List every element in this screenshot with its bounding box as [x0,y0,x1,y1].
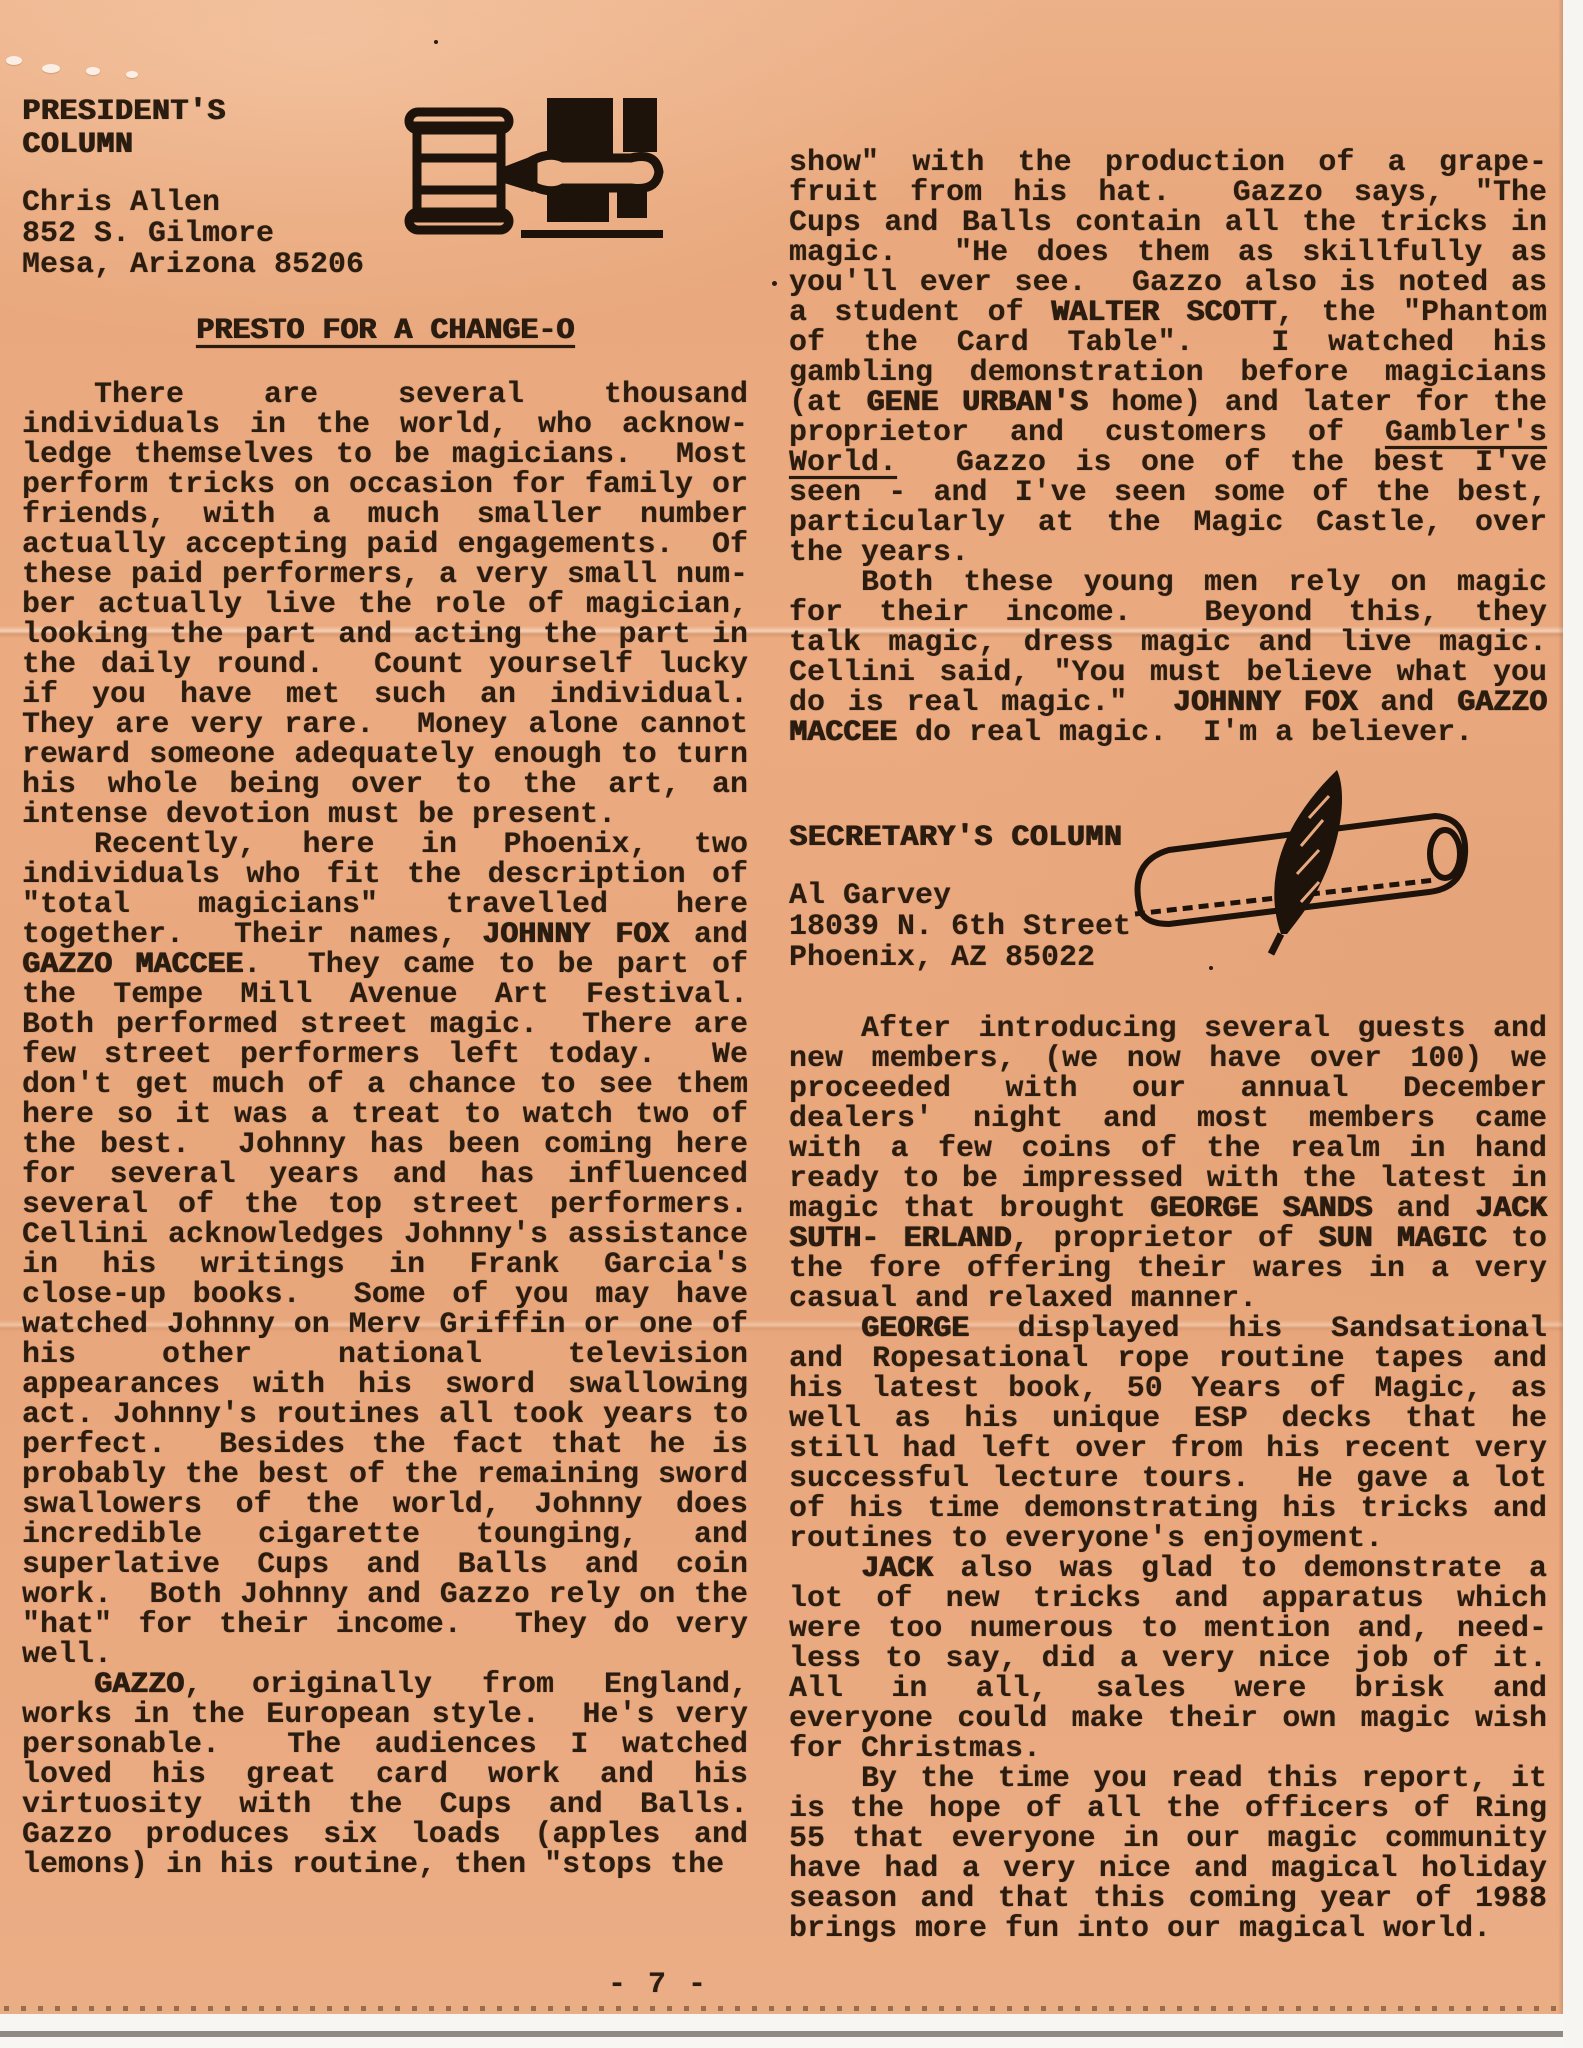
bold-text: GAZZO MACCEE [22,948,243,982]
paper-blemish [126,71,138,78]
text-line: SUTH- ERLAND, proprietor of SUN MAGIC to [789,1224,1547,1254]
text-line: Both performed street magic. There are [22,1010,748,1040]
bold-text: GENE URBAN'S [866,386,1087,420]
text-line: were too numerous to mention and, need- [789,1614,1547,1644]
scanner-shadow-line [0,2031,1583,2037]
bold-text: JACK [1475,1192,1547,1226]
text-line: successful lecture tours. He gave a lot [789,1464,1547,1494]
bold-text: WALTER SCOTT [1051,296,1276,330]
text-line: individuals who fit the description of [22,860,748,890]
paragraph: GAZZO, originally from England,works in … [22,1670,748,1880]
text-line: ber actually live the role of magician, [22,590,748,620]
bold-text: JOHNNY FOX [482,918,669,952]
text-line: together. Their names, JOHNNY FOX and [22,920,748,950]
text-line: (at GENE URBAN'S home) and later for the [789,388,1547,418]
text-line: these paid performers, a very small num- [22,560,748,590]
bold-text: MACCEE [789,716,897,750]
text-line: World. Gazzo is one of the best I've [789,448,1547,478]
text-line: the years. [789,538,1547,568]
text-line: act. Johnny's routines all took years to [22,1400,748,1430]
text-line: the daily round. Count yourself lucky [22,650,748,680]
text-line: his whole being over to the art, an [22,770,748,800]
text-line: reward someone adequately enough to turn [22,740,748,770]
text-line: for Christmas. [789,1734,1547,1764]
paragraph: show" with the production of a grape-fru… [789,148,1547,568]
text-line: seen - and I've seen some of the best, [789,478,1547,508]
text-line: GEORGE displayed his Sandsational [789,1314,1547,1344]
text-line: superlative Cups and Balls and coin [22,1550,748,1580]
text-line: After introducing several guests and [789,1014,1547,1044]
section-heading: SECRETARY'S COLUMN [789,821,1122,855]
ink-speck [434,40,438,44]
text-line: All in all, sales were brisk and [789,1674,1547,1704]
bold-text: GAZZO [1457,686,1547,720]
text-line: gambling demonstration before magicians [789,358,1547,388]
text-line: perfect. Besides the fact that he is [22,1430,748,1460]
sounding-block-body [417,126,501,218]
author-line: Mesa, Arizona 85206 [22,250,748,281]
text-line: well as his unique ESP decks that he [789,1404,1547,1434]
text-line: in his writings in Frank Garcia's [22,1250,748,1280]
paragraph: By the time you read this report, itis t… [789,1764,1547,1944]
text-line: for their income. Beyond this, they [789,598,1547,628]
article-title: PRESTO FOR A CHANGE-O [196,315,574,348]
text-line: still had left over from his recent very [789,1434,1547,1464]
text-line: the best. Johnny has been coming here [22,1130,748,1160]
text-line: actually accepting paid engagements. Of [22,530,748,560]
text-line: ledge themselves to be magicians. Most [22,440,748,470]
bold-text: JOHNNY FOX [1173,686,1358,720]
quill-scroll-illustration [1105,762,1487,970]
text-line: GAZZO, originally from England, [22,1670,748,1700]
bold-text: GEORGE SANDS [1150,1192,1372,1226]
text-line: lot of new tricks and apparatus which [789,1584,1547,1614]
president-column-body: There are several thousandindividuals in… [22,380,748,1880]
text-line: is the hope of all the officers of Ring [789,1794,1547,1824]
text-line: season and that this coming year of 1988 [789,1884,1547,1914]
text-line: personable. The audiences I watched [22,1730,748,1760]
text-line: appearances with his sword swallowing [22,1370,748,1400]
text-line: of the Card Table". I watched his [789,328,1547,358]
perforated-edge [0,2006,1583,2011]
text-line: 55 that everyone in our magic community [789,1824,1547,1854]
bold-text: JACK [861,1552,933,1586]
paper-blemish [42,64,60,73]
paragraph: JACK also was glad to demonstrate alot o… [789,1554,1547,1764]
text-line: Gazzo produces six loads (apples and [22,1820,748,1850]
text-line: don't get much of a chance to see them [22,1070,748,1100]
text-line: if you have met such an individual. [22,680,748,710]
text-line: lemons) in his routine, then "stops the [22,1850,748,1880]
bold-text: GEORGE [861,1312,969,1346]
text-line: everyone could make their own magic wish [789,1704,1547,1734]
text-line: several of the top street performers. [22,1190,748,1220]
text-line: do is real magic." JOHNNY FOX and GAZZO [789,688,1547,718]
text-line: and Ropesational rope routine tapes and [789,1344,1547,1374]
quill-nib [1271,934,1281,954]
text-line: ready to be impressed with the latest in [789,1164,1547,1194]
underlined-text: Gambler's [1385,416,1547,450]
text-line: less to say, did a very nice job of it. [789,1644,1547,1674]
article-title-row: PRESTO FOR A CHANGE-O [22,315,748,348]
text-line: talk magic, dress magic and live magic. [789,628,1547,658]
secretary-column: show" with the production of a grape-fru… [789,148,1547,1944]
text-line: works in the European style. He's very [22,1700,748,1730]
text-line: new members, (we now have over 100) we [789,1044,1547,1074]
secretary-column-body: After introducing several guests andnew … [789,1014,1547,1944]
text-line: perform tricks on occasion for family or [22,470,748,500]
text-line: the Tempe Mill Avenue Art Festival. [22,980,748,1010]
text-line: They are very rare. Money alone cannot [22,710,748,740]
text-line: here so it was a treat to watch two of [22,1100,748,1130]
scroll-roll-end [1430,830,1460,878]
text-line: with a few coins of the realm in hand [789,1134,1547,1164]
bold-text: GAZZO [94,1668,184,1702]
text-line: intense devotion must be present. [22,800,748,830]
text-line: Cups and Balls contain all the tricks in [789,208,1547,238]
text-line: work. Both Johnny and Gazzo rely on the [22,1580,748,1610]
gavel-handle [503,155,659,191]
text-line: few street performers left today. We [22,1040,748,1070]
text-line: his other national television [22,1340,748,1370]
paragraph: Both these young men rely on magicfor th… [789,568,1547,748]
text-line: looking the part and acting the part in [22,620,748,650]
text-line: swallowers of the world, Johnny does [22,1490,748,1520]
bold-text: SUTH- ERLAND [789,1222,1011,1256]
text-line: particularly at the Magic Castle, over [789,508,1547,538]
scan-edge-right [1563,0,1583,2048]
text-line: well. [22,1640,748,1670]
text-line: magic that brought GEORGE SANDS and JACK [789,1194,1547,1224]
paragraph: There are several thousandindividuals in… [22,380,748,830]
text-line: proceeded with our annual December [789,1074,1547,1104]
paragraph: Recently, here in Phoenix, twoindividual… [22,830,748,1670]
text-line: routines to everyone's enjoyment. [789,1524,1547,1554]
text-line: proprietor and customers of Gambler's [789,418,1547,448]
gavel-illustration [395,92,667,240]
text-line: magic. "He does them as skillfully as [789,238,1547,268]
text-line: GAZZO MACCEE. They came to be part of [22,950,748,980]
text-line: individuals in the world, who acknow- [22,410,748,440]
text-line: Cellini said, "You must believe what you [789,658,1547,688]
president-column: PRESIDENT'SCOLUMN Chris Allen852 S. Gilm… [22,96,748,1880]
text-line: watched Johnny on Merv Griffin or one of [22,1310,748,1340]
text-line: There are several thousand [22,380,748,410]
text-line: a student of WALTER SCOTT, the "Phantom [789,298,1547,328]
text-line: friends, with a much smaller number [22,500,748,530]
president-column-continued: show" with the production of a grape-fru… [789,148,1547,748]
text-line: show" with the production of a grape- [789,148,1547,178]
text-line: dealers' night and most members came [789,1104,1547,1134]
text-line: Both these young men rely on magic [789,568,1547,598]
newsletter-page: PRESIDENT'SCOLUMN Chris Allen852 S. Gilm… [0,0,1583,2048]
text-line: of his time demonstrating his tricks and [789,1494,1547,1524]
text-line: "total magicians" travelled here [22,890,748,920]
text-line: virtuosity with the Cups and Balls. [22,1790,748,1820]
text-line: By the time you read this report, it [789,1764,1547,1794]
text-line: have had a very nice and magical holiday [789,1854,1547,1884]
text-line: brings more fun into our magical world. [789,1914,1547,1944]
text-line: the fore offering their wares in a very [789,1254,1547,1284]
text-line: "hat" for their income. They do very [22,1610,748,1640]
text-line: loved his great card work and his [22,1760,748,1790]
underlined-text: World. [789,446,897,480]
page-number: - 7 - [608,1968,708,2002]
text-line: Recently, here in Phoenix, two [22,830,748,860]
text-line: close-up books. Some of you may have [22,1280,748,1310]
paper-blemish [86,67,100,75]
text-line: Cellini acknowledges Johnny's assistance [22,1220,748,1250]
text-line: his latest book, 50 Years of Magic, as [789,1374,1547,1404]
paragraph: After introducing several guests andnew … [789,1014,1547,1314]
ink-speck [772,281,777,286]
text-line: you'll ever see. Gazzo also is noted as [789,268,1547,298]
text-line: for several years and has influenced [22,1160,748,1190]
paragraph: GEORGE displayed his Sandsationaland Rop… [789,1314,1547,1554]
text-line: casual and relaxed manner. [789,1284,1547,1314]
text-line: JACK also was glad to demonstrate a [789,1554,1547,1584]
text-line: incredible cigarette tounging, and [22,1520,748,1550]
text-line: probably the best of the remaining sword [22,1460,748,1490]
paper-blemish [6,56,22,65]
bold-text: SUN MAGIC [1318,1222,1486,1256]
text-line: MACCEE do real magic. I'm a believer. [789,718,1547,748]
text-line: fruit from his hat. Gazzo says, "The [789,178,1547,208]
